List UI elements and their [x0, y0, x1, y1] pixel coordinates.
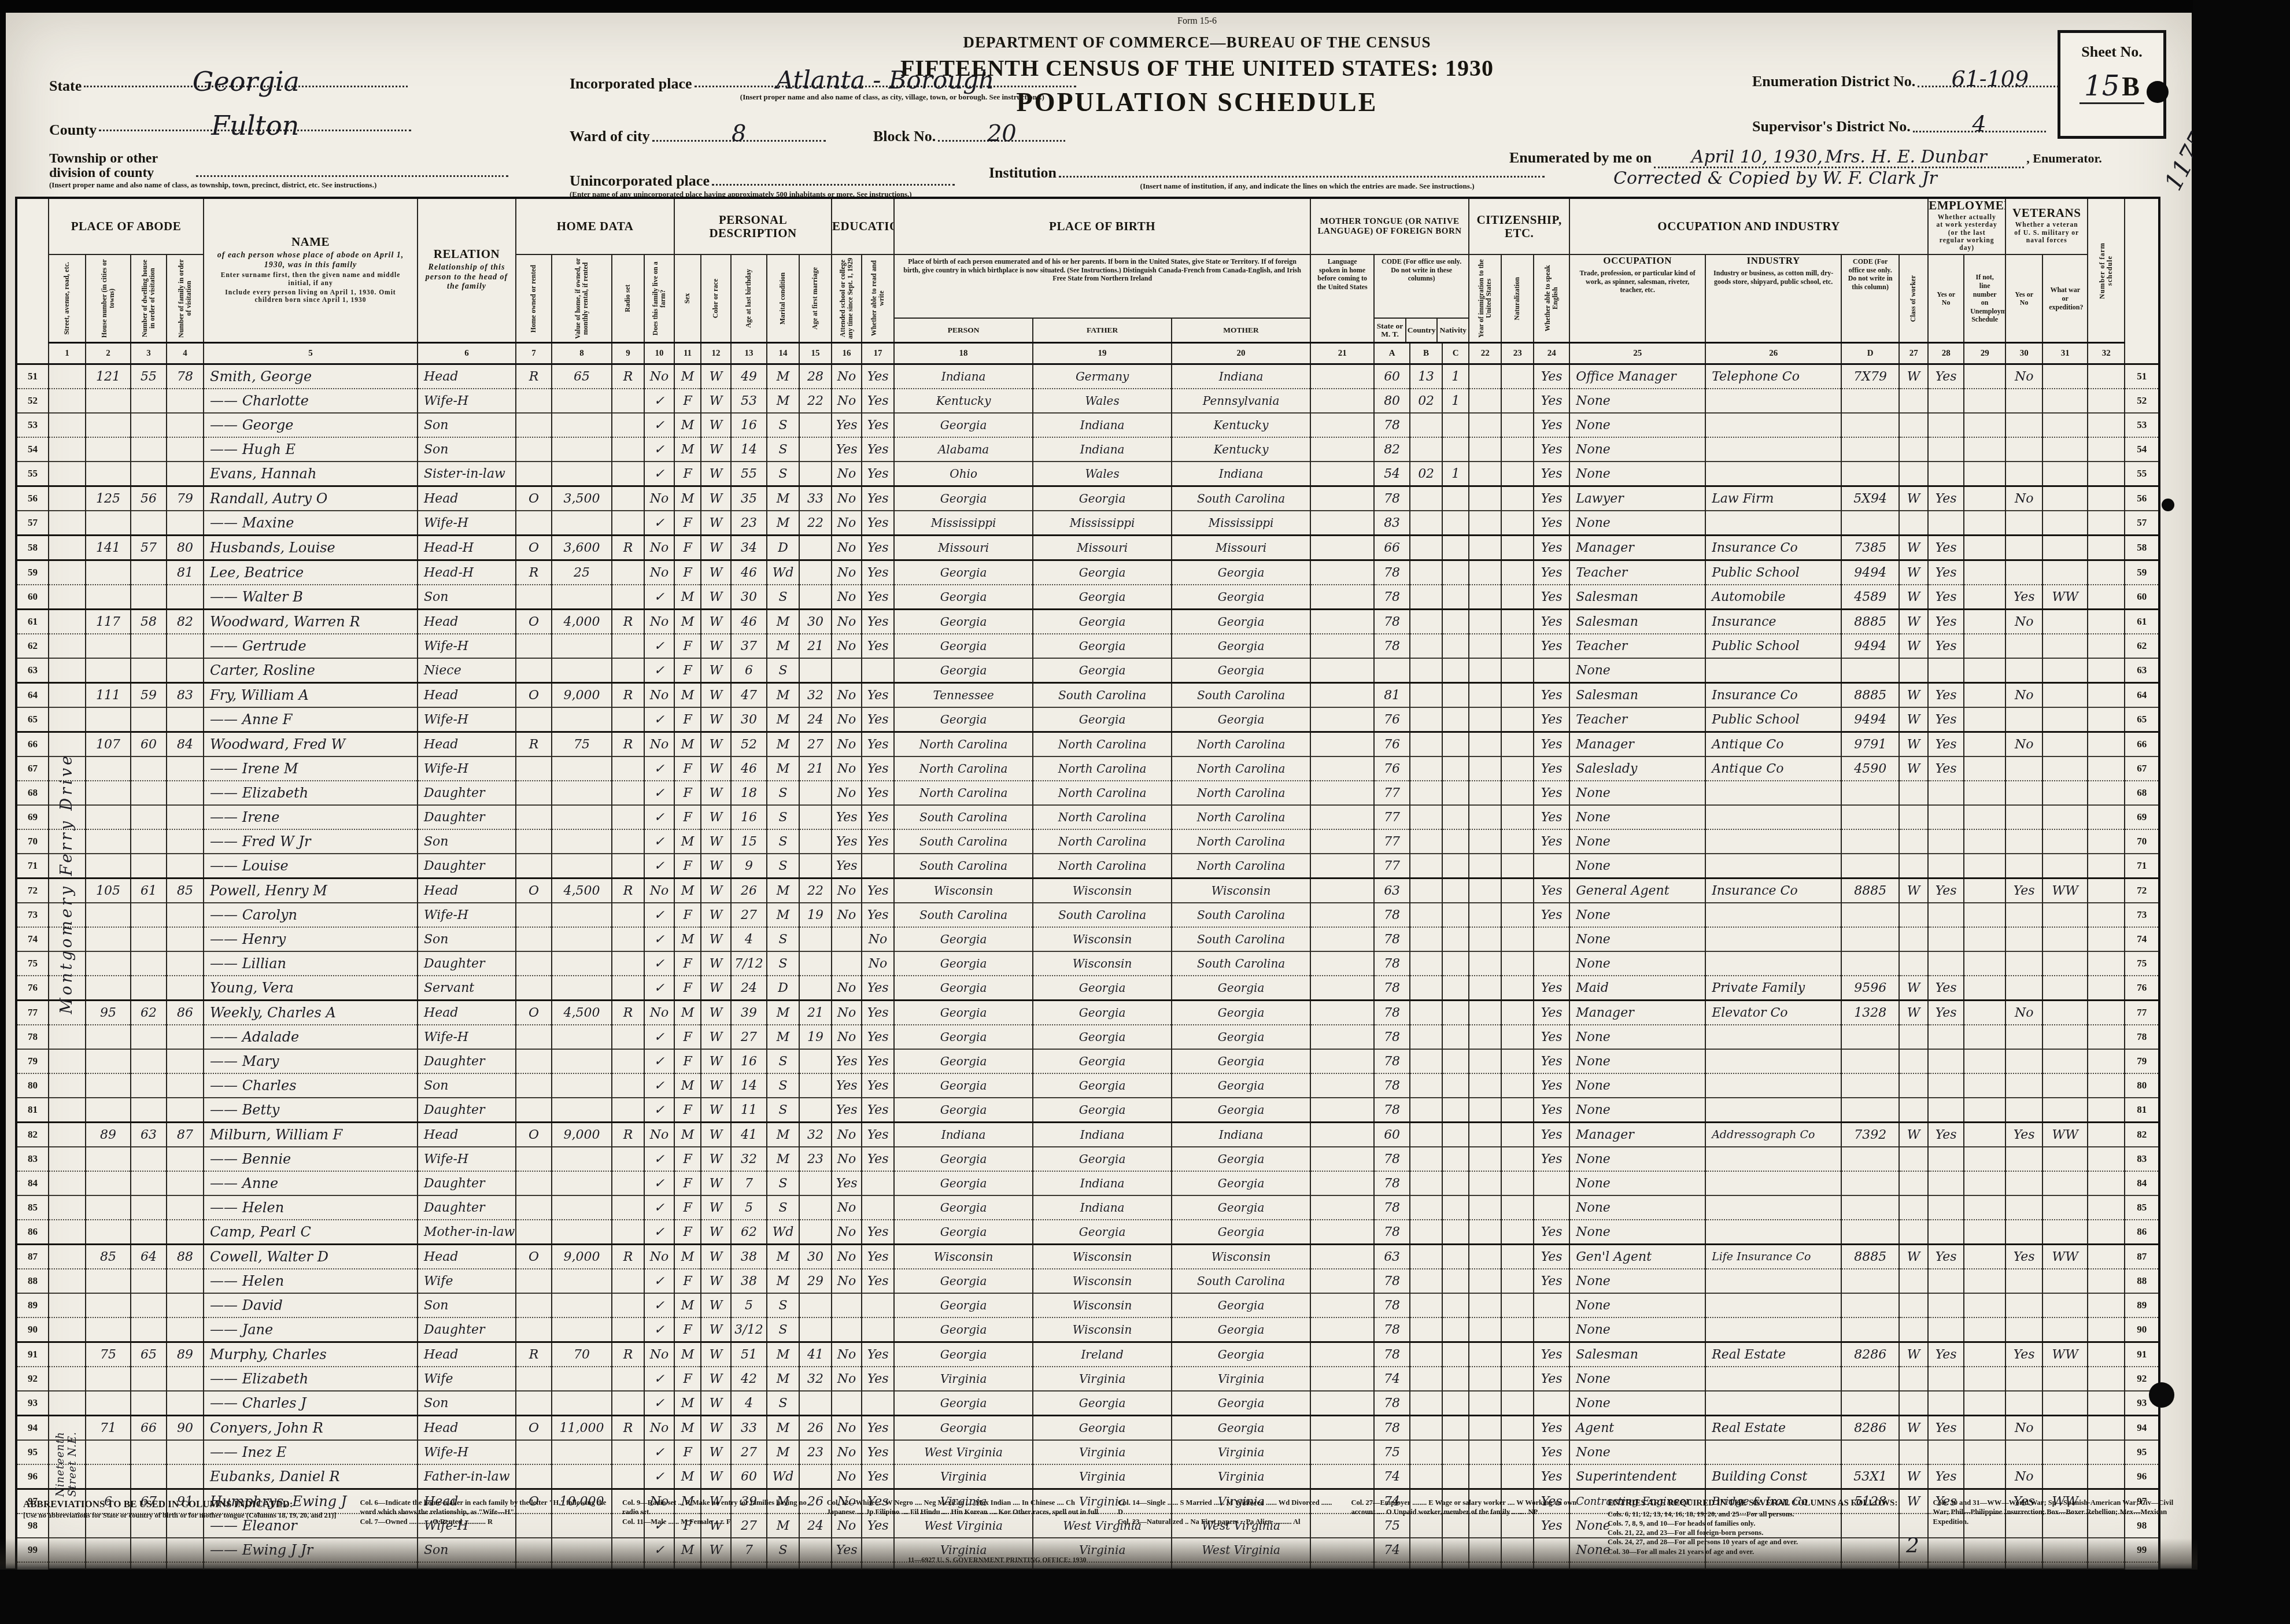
col-number-5: 5: [204, 343, 418, 364]
cell-relation: Head: [418, 1416, 516, 1441]
cell-naturalization: [1501, 1098, 1534, 1123]
cell-line-left: 65: [16, 707, 49, 732]
state-field: State Georgia: [49, 66, 408, 95]
cell-owned: O: [516, 486, 552, 511]
cell-relation: Head: [418, 1123, 516, 1147]
cell-house: 125: [86, 486, 131, 511]
cell-line-left: 82: [16, 1123, 49, 1147]
group-place-of-abode: PLACE OF ABODE: [49, 198, 204, 254]
cell-marital: S: [767, 805, 799, 829]
cell-birth_father: Georgia: [1033, 610, 1172, 634]
county-value: Fulton: [211, 110, 299, 141]
cell-farm_sched: [2088, 585, 2125, 610]
cell-race: W: [701, 610, 731, 634]
cell-sex: M: [674, 364, 701, 389]
cell-family: [167, 829, 204, 854]
col-17: Whether able to read and write: [862, 254, 894, 343]
cell-code_d: [1841, 1195, 1899, 1220]
cell-age_married: [799, 462, 832, 486]
birth-sub-1: FATHER: [1032, 319, 1171, 342]
cell-birth_father: South Carolina: [1033, 683, 1172, 708]
cell-naturalization: [1501, 413, 1534, 437]
cell-naturalization: [1501, 879, 1534, 903]
group-occupation-industry-title: OCCUPATION AND INDUSTRY: [1570, 220, 1927, 233]
cell-farm: No: [644, 486, 674, 511]
cell-marital: M: [767, 903, 799, 927]
cell-house: [86, 805, 131, 829]
cell-code_c: [1442, 486, 1469, 511]
cell-name: —— Lillian: [204, 951, 418, 976]
cell-race: W: [701, 1391, 731, 1416]
cell-house: [86, 903, 131, 927]
entries-1: Cols. 6, 11, 12, 13, 14, 16, 18, 19, 20,…: [1608, 1509, 1918, 1519]
cell-line-right: 94: [2125, 1416, 2159, 1441]
cell-value: [552, 1049, 612, 1073]
cell-relation: Head-H: [418, 560, 516, 585]
cell-age: 5: [731, 1293, 767, 1317]
cell-name: —— Charles: [204, 1073, 418, 1098]
cell-war: [2042, 1195, 2088, 1220]
cell-dwelling: 65: [131, 1342, 167, 1367]
cell-owned: [516, 903, 552, 927]
cell-radio: [612, 1317, 644, 1342]
col-12-label: Color or race: [712, 279, 719, 318]
cell-sex: F: [674, 634, 701, 658]
cell-english: Yes: [1534, 1220, 1569, 1245]
col-16: Attended school or college any time sinc…: [832, 254, 862, 343]
cell-unemp_line: [1964, 854, 2005, 879]
cell-race: W: [701, 486, 731, 511]
cell-name: —— Helen: [204, 1195, 418, 1220]
cell-reads: Yes: [862, 486, 894, 511]
cell-house: 121: [86, 364, 131, 389]
cell-age_married: 32: [799, 1123, 832, 1147]
cell-radio: [612, 1073, 644, 1098]
cell-owned: O: [516, 1123, 552, 1147]
cell-family: [167, 1293, 204, 1317]
cell-reads: Yes: [862, 1269, 894, 1293]
cell-class: W: [1899, 634, 1928, 658]
cell-sex: F: [674, 1171, 701, 1195]
cell-code_d: [1841, 854, 1899, 879]
cell-class: [1899, 903, 1928, 927]
cell-sex: F: [674, 1317, 701, 1342]
cell-code_b: [1410, 1025, 1442, 1049]
cell-war: [2042, 1367, 2088, 1391]
col-28-label: Yes or No: [1929, 288, 1963, 309]
cell-code_a: 78: [1374, 610, 1410, 634]
cell-reads: Yes: [862, 364, 894, 389]
cell-veteran: [2005, 1269, 2042, 1293]
cell-birth_father: Georgia: [1033, 1073, 1172, 1098]
cell-farm: No: [644, 1123, 674, 1147]
cell-name: —— Louise: [204, 854, 418, 879]
col-number-31: 31: [2042, 343, 2088, 364]
cell-war: [2042, 1098, 2088, 1123]
cell-farm_sched: [2088, 732, 2125, 757]
cell-farm: ✓: [644, 658, 674, 683]
cell-code_b: [1410, 437, 1442, 462]
cell-language: [1310, 634, 1374, 658]
cell-farm_sched: [2088, 610, 2125, 634]
cell-age: 32: [731, 1147, 767, 1171]
cell-farm: ✓: [644, 1440, 674, 1464]
cell-birth_mother: Wisconsin: [1172, 879, 1310, 903]
cell-code_a: 78: [1374, 1391, 1410, 1416]
cell-code_c: [1442, 1049, 1469, 1073]
cell-war: [2042, 1049, 2088, 1073]
col-4: Number of family in order of visitation: [167, 254, 204, 343]
cell-farm: No: [644, 683, 674, 708]
cell-code_a: 66: [1374, 536, 1410, 560]
cell-war: [2042, 732, 2088, 757]
table-row: 69—— IreneDaughter✓FW16SYesYesSouth Caro…: [16, 805, 2159, 829]
cell-sex: F: [674, 707, 701, 732]
cell-veteran: [2005, 1073, 2042, 1098]
cell-at_work: [1928, 1025, 1964, 1049]
cell-line-right: 75: [2125, 951, 2159, 976]
cell-relation: Daughter: [418, 805, 516, 829]
cell-year_imm: [1469, 781, 1501, 805]
cell-year_imm: [1469, 1317, 1501, 1342]
cell-house: [86, 1440, 131, 1464]
cell-industry: [1705, 511, 1841, 536]
cell-marital: M: [767, 511, 799, 536]
cell-name: —— Elizabeth: [204, 1367, 418, 1391]
cell-war: [2042, 1001, 2088, 1025]
cell-code_a: 76: [1374, 707, 1410, 732]
cell-radio: [612, 1220, 644, 1245]
cell-year_imm: [1469, 683, 1501, 708]
entries-3: Cols. 21, 22, and 23—For all foreign-bor…: [1608, 1528, 1918, 1537]
cell-line-right: 91: [2125, 1342, 2159, 1367]
cell-relation: Son: [418, 829, 516, 854]
cell-marital: M: [767, 1440, 799, 1464]
col-number-25: 25: [1569, 343, 1705, 364]
cell-english: [1534, 1293, 1569, 1317]
cell-birth_person: Georgia: [894, 658, 1033, 683]
cell-language: [1310, 1342, 1374, 1367]
cell-english: Yes: [1534, 364, 1569, 389]
cell-farm: ✓: [644, 1025, 674, 1049]
cell-marital: S: [767, 1073, 799, 1098]
cell-line-left: 60: [16, 585, 49, 610]
cell-line-left: 83: [16, 1147, 49, 1171]
cell-age: 24: [731, 976, 767, 1001]
cell-birth_father: Mississippi: [1033, 511, 1172, 536]
col-number-26: 26: [1705, 343, 1841, 364]
cell-industry: Life Insurance Co: [1705, 1245, 1841, 1269]
cell-birth_person: Georgia: [894, 610, 1033, 634]
cell-line-right: 96: [2125, 1464, 2159, 1489]
cell-relation: Wife-H: [418, 1025, 516, 1049]
cell-at_work: [1928, 854, 1964, 879]
cell-family: [167, 1269, 204, 1293]
table-row: 62—— GertrudeWife-H✓FW37M21NoYesGeorgiaG…: [16, 634, 2159, 658]
cell-farm_sched: [2088, 879, 2125, 903]
sd-value: 4: [1973, 111, 1986, 136]
cell-farm_sched: [2088, 951, 2125, 976]
cell-code_d: [1841, 1171, 1899, 1195]
cell-birth_father: Georgia: [1033, 1098, 1172, 1123]
cell-radio: [612, 951, 644, 976]
cell-line-right: 52: [2125, 389, 2159, 413]
cell-farm: ✓: [644, 1391, 674, 1416]
cell-code_b: [1410, 560, 1442, 585]
cell-farm: No: [644, 1416, 674, 1441]
cell-at_work: Yes: [1928, 634, 1964, 658]
cell-school: Yes: [832, 829, 862, 854]
cell-code_a: 78: [1374, 413, 1410, 437]
cell-class: [1899, 829, 1928, 854]
cell-house: [86, 1195, 131, 1220]
cell-industry: Insurance Co: [1705, 879, 1841, 903]
cell-industry: [1705, 1391, 1841, 1416]
cell-occupation: None: [1569, 1049, 1705, 1073]
cell-code_d: 8286: [1841, 1416, 1899, 1441]
cell-family: [167, 903, 204, 927]
cell-marital: S: [767, 1049, 799, 1073]
cell-race: W: [701, 511, 731, 536]
cell-occupation: None: [1569, 389, 1705, 413]
cell-sex: F: [674, 756, 701, 781]
header-number-row: 123456789101112131415161718192021ABC2223…: [16, 343, 2159, 364]
col-29: If not, line number on Unemployment Sche…: [1964, 254, 2005, 343]
cell-occupation: Manager: [1569, 1123, 1705, 1147]
cell-code_d: 9494: [1841, 560, 1899, 585]
cell-birth_mother: Georgia: [1172, 560, 1310, 585]
cell-radio: [612, 560, 644, 585]
cell-class: W: [1899, 976, 1928, 1001]
cell-naturalization: [1501, 364, 1534, 389]
cell-naturalization: [1501, 1416, 1534, 1441]
cell-class: [1899, 389, 1928, 413]
cell-at_work: Yes: [1928, 683, 1964, 708]
cell-war: WW: [2042, 879, 2088, 903]
cell-owned: [516, 756, 552, 781]
cell-birth_father: Wisconsin: [1033, 951, 1172, 976]
cell-name: Carter, Rosline: [204, 658, 418, 683]
cell-birth_father: Georgia: [1033, 1001, 1172, 1025]
street-name-text: Montgomery Ferry Drive: [58, 753, 76, 1014]
cell-code_b: [1410, 951, 1442, 976]
cell-dwelling: [131, 927, 167, 951]
cell-dwelling: [131, 1098, 167, 1123]
cell-occupation: None: [1569, 413, 1705, 437]
cell-class: [1899, 437, 1928, 462]
cell-birth_mother: Georgia: [1172, 634, 1310, 658]
cell-code_b: [1410, 1098, 1442, 1123]
cell-farm_sched: [2088, 536, 2125, 560]
cell-language: [1310, 1001, 1374, 1025]
cell-line-left: 94: [16, 1416, 49, 1441]
cell-farm: No: [644, 560, 674, 585]
col-21-label: Language spoken in home before coming to…: [1311, 255, 1373, 342]
col-number-A: A: [1374, 343, 1410, 364]
cell-relation: Servant: [418, 976, 516, 1001]
col14-note: Col. 14—Single ...... S Married ...... M…: [1118, 1498, 1336, 1517]
cell-reads: [862, 854, 894, 879]
cell-code_d: [1841, 658, 1899, 683]
cell-veteran: [2005, 951, 2042, 976]
col-24: Whether able to speak English: [1534, 254, 1569, 343]
cell-code_c: [1442, 560, 1469, 585]
cell-line-right: 72: [2125, 879, 2159, 903]
cell-birth_mother: South Carolina: [1172, 683, 1310, 708]
cell-industry: Automobile: [1705, 585, 1841, 610]
cell-owned: [516, 1195, 552, 1220]
cell-code_a: 81: [1374, 683, 1410, 708]
cell-english: Yes: [1534, 805, 1569, 829]
cell-dwelling: [131, 1073, 167, 1098]
cell-line-right: 61: [2125, 610, 2159, 634]
cell-radio: [612, 389, 644, 413]
cell-birth_person: Georgia: [894, 1416, 1033, 1441]
cell-race: W: [701, 879, 731, 903]
cell-name: —— Betty: [204, 1098, 418, 1123]
cell-school: Yes: [832, 854, 862, 879]
cell-sex: M: [674, 1073, 701, 1098]
cell-occupation: Salesman: [1569, 683, 1705, 708]
cell-birth_mother: Georgia: [1172, 1342, 1310, 1367]
col-number-12: 12: [701, 343, 731, 364]
cell-birth_mother: South Carolina: [1172, 951, 1310, 976]
cell-year_imm: [1469, 1342, 1501, 1367]
cell-code_d: 8885: [1841, 1245, 1899, 1269]
cell-code_c: [1442, 756, 1469, 781]
cell-value: [552, 854, 612, 879]
cell-code_b: [1410, 756, 1442, 781]
cell-unemp_line: [1964, 1269, 2005, 1293]
cell-farm_sched: [2088, 781, 2125, 805]
cell-class: W: [1899, 683, 1928, 708]
cell-unemp_line: [1964, 413, 2005, 437]
cell-race: W: [701, 1220, 731, 1245]
cell-war: [2042, 658, 2088, 683]
col-21: Language spoken in home before coming to…: [1310, 254, 1374, 343]
cell-code_a: 78: [1374, 1342, 1410, 1367]
cell-reads: Yes: [862, 1123, 894, 1147]
col-17-label: Whether able to read and write: [870, 256, 886, 341]
cell-race: W: [701, 658, 731, 683]
cell-radio: [612, 1147, 644, 1171]
cell-relation: Head: [418, 610, 516, 634]
cell-year_imm: [1469, 854, 1501, 879]
cell-language: [1310, 903, 1374, 927]
population-table-wrap: PLACE OF ABODENAMEof each person whose p…: [15, 197, 2178, 1588]
birth-sub-0: PERSON: [895, 319, 1032, 342]
cell-farm_sched: [2088, 1317, 2125, 1342]
cell-owned: [516, 413, 552, 437]
cell-veteran: [2005, 805, 2042, 829]
col-number-7: 7: [516, 343, 552, 364]
cell-veteran: No: [2005, 732, 2042, 757]
cell-school: No: [832, 976, 862, 1001]
cell-birth_person: Missouri: [894, 536, 1033, 560]
cell-relation: Daughter: [418, 854, 516, 879]
cell-line-left: 96: [16, 1464, 49, 1489]
cell-unemp_line: [1964, 829, 2005, 854]
cell-race: W: [701, 1464, 731, 1489]
cell-reads: Yes: [862, 781, 894, 805]
cell-at_work: [1928, 1073, 1964, 1098]
cell-farm: No: [644, 1001, 674, 1025]
cell-code_d: [1841, 1317, 1899, 1342]
census-sheet: State Georgia County Fulton Township or …: [6, 13, 2192, 1568]
cell-occupation: None: [1569, 462, 1705, 486]
cell-class: W: [1899, 1342, 1928, 1367]
cell-age_married: [799, 1464, 832, 1489]
cell-at_work: [1928, 1049, 1964, 1073]
cell-race: W: [701, 683, 731, 708]
col-number-11: 11: [674, 343, 701, 364]
cell-language: [1310, 1269, 1374, 1293]
cell-code_a: 78: [1374, 1416, 1410, 1441]
cell-line-right: 95: [2125, 1440, 2159, 1464]
cell-farm: ✓: [644, 437, 674, 462]
cell-language: [1310, 1440, 1374, 1464]
cell-dwelling: [131, 511, 167, 536]
cell-age_married: 22: [799, 511, 832, 536]
cell-birth_person: Georgia: [894, 1049, 1033, 1073]
cell-age_married: 23: [799, 1440, 832, 1464]
cell-code_b: [1410, 1147, 1442, 1171]
cell-year_imm: [1469, 1220, 1501, 1245]
cell-naturalization: [1501, 1367, 1534, 1391]
group-citizenship: CITIZENSHIP, ETC.: [1469, 198, 1569, 254]
cell-sex: F: [674, 1195, 701, 1220]
cell-english: Yes: [1534, 732, 1569, 757]
cell-age: 38: [731, 1245, 767, 1269]
cell-at_work: Yes: [1928, 756, 1964, 781]
cell-relation: Head: [418, 1001, 516, 1025]
cell-code_b: [1410, 1001, 1442, 1025]
cell-house: 71: [86, 1416, 131, 1441]
cell-code_b: [1410, 732, 1442, 757]
institution-label: Institution: [989, 164, 1057, 181]
table-row: 75—— LillianDaughter✓FW7/12SNoGeorgiaWis…: [16, 951, 2159, 976]
cell-birth_mother: North Carolina: [1172, 854, 1310, 879]
cell-radio: [612, 1293, 644, 1317]
cell-code_a: 78: [1374, 634, 1410, 658]
institution-note: (Insert name of institution, if any, and…: [1070, 182, 1545, 191]
cell-war: [2042, 976, 2088, 1001]
cell-owned: [516, 1440, 552, 1464]
cell-value: 4,500: [552, 1001, 612, 1025]
cell-birth_person: Mississippi: [894, 511, 1033, 536]
cell-veteran: [2005, 1195, 2042, 1220]
cell-line-left: 76: [16, 976, 49, 1001]
cell-year_imm: [1469, 1123, 1501, 1147]
cell-year_imm: [1469, 413, 1501, 437]
cell-reads: [862, 658, 894, 683]
cell-house: 141: [86, 536, 131, 560]
cell-farm_sched: [2088, 756, 2125, 781]
col-number-1: 1: [49, 343, 86, 364]
cell-naturalization: [1501, 1123, 1534, 1147]
cell-line-right: 53: [2125, 413, 2159, 437]
cell-radio: R: [612, 879, 644, 903]
col-31: What war or expedition?: [2042, 254, 2088, 343]
cell-language: [1310, 560, 1374, 585]
cell-sex: M: [674, 1001, 701, 1025]
cell-dwelling: 63: [131, 1123, 167, 1147]
cell-unemp_line: [1964, 976, 2005, 1001]
cell-code_c: [1442, 1416, 1469, 1441]
table-row: 78—— AdaladeWife-H✓FW27M19NoYesGeorgiaGe…: [16, 1025, 2159, 1049]
group-home-data-title: HOME DATA: [516, 220, 674, 233]
enumerator-label: , Enumerator.: [2026, 151, 2102, 165]
